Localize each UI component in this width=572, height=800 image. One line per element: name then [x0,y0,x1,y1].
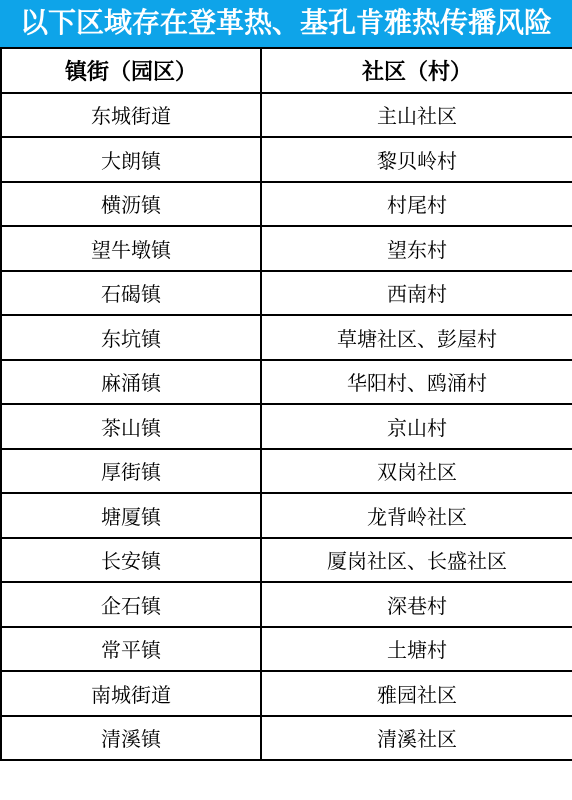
town-cell: 塘厦镇 [1,493,261,538]
town-cell: 石碣镇 [1,271,261,316]
community-cell: 村尾村 [261,182,572,227]
town-cell: 长安镇 [1,538,261,583]
community-cell: 华阳村、鸥涌村 [261,360,572,405]
table-row: 塘厦镇龙背岭社区 [1,493,572,538]
town-column-header: 镇街（园区） [1,48,261,93]
table-row: 厚街镇双岗社区 [1,449,572,494]
table-row: 麻涌镇华阳村、鸥涌村 [1,360,572,405]
community-cell: 草塘社区、彭屋村 [261,315,572,360]
town-cell: 麻涌镇 [1,360,261,405]
banner-title: 以下区域存在登革热、基孔肯雅热传播风险 [20,9,552,39]
community-cell: 厦岗社区、长盛社区 [261,538,572,583]
town-cell: 横沥镇 [1,182,261,227]
community-cell: 深巷村 [261,582,572,627]
risk-notice-infographic: 以下区域存在登革热、基孔肯雅热传播风险 镇街（园区） 社区（村） 东城街道主山社… [0,0,572,800]
community-cell: 京山村 [261,404,572,449]
community-cell: 清溪社区 [261,716,572,761]
table-row: 南城街道雅园社区 [1,671,572,716]
town-cell: 企石镇 [1,582,261,627]
town-cell: 常平镇 [1,627,261,672]
community-cell: 土塘村 [261,627,572,672]
community-cell: 西南村 [261,271,572,316]
table-body: 东城街道主山社区大朗镇黎贝岭村横沥镇村尾村望牛墩镇望东村石碣镇西南村东坑镇草塘社… [1,93,572,761]
risk-table: 镇街（园区） 社区（村） 东城街道主山社区大朗镇黎贝岭村横沥镇村尾村望牛墩镇望东… [0,47,572,761]
table-row: 石碣镇西南村 [1,271,572,316]
table-row: 企石镇深巷村 [1,582,572,627]
town-cell: 东城街道 [1,93,261,138]
town-cell: 厚街镇 [1,449,261,494]
table-row: 茶山镇京山村 [1,404,572,449]
table-row: 清溪镇清溪社区 [1,716,572,761]
town-cell: 望牛墩镇 [1,226,261,271]
town-cell: 东坑镇 [1,315,261,360]
community-cell: 望东村 [261,226,572,271]
banner: 以下区域存在登革热、基孔肯雅热传播风险 [0,0,572,47]
town-cell: 清溪镇 [1,716,261,761]
table-row: 东坑镇草塘社区、彭屋村 [1,315,572,360]
community-cell: 双岗社区 [261,449,572,494]
community-cell: 龙背岭社区 [261,493,572,538]
town-cell: 大朗镇 [1,137,261,182]
table-row: 长安镇厦岗社区、长盛社区 [1,538,572,583]
table-row: 横沥镇村尾村 [1,182,572,227]
table-row: 大朗镇黎贝岭村 [1,137,572,182]
table-row: 望牛墩镇望东村 [1,226,572,271]
table-header-row: 镇街（园区） 社区（村） [1,48,572,93]
table-row: 常平镇土塘村 [1,627,572,672]
community-cell: 黎贝岭村 [261,137,572,182]
town-cell: 茶山镇 [1,404,261,449]
town-cell: 南城街道 [1,671,261,716]
table-row: 东城街道主山社区 [1,93,572,138]
community-column-header: 社区（村） [261,48,572,93]
community-cell: 雅园社区 [261,671,572,716]
community-cell: 主山社区 [261,93,572,138]
